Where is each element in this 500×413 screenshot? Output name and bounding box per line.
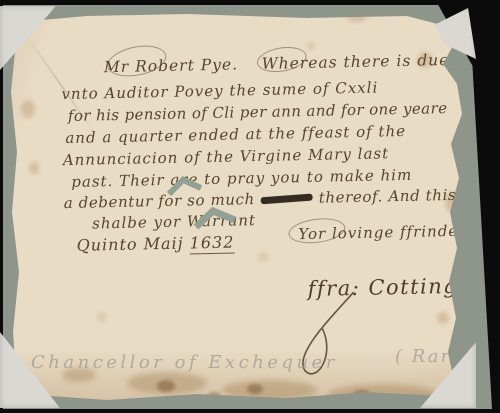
retouch-mark: [193, 206, 239, 232]
valediction-line: Yor lovinge ffrinde: [298, 222, 458, 243]
manuscript-line: for his pension of Cli per ann and for o…: [68, 99, 448, 125]
manuscript-line: Annunciacion of the Virgine Mary last: [63, 144, 390, 169]
manuscript-text: and a quarter ended at the ffeast of the: [65, 122, 406, 147]
handwriting-block: Mr Robert Pye. Whereas there is due vnto…: [6, 4, 472, 404]
manuscript-paper: Mr Robert Pye. Whereas there is due vnto…: [7, 12, 465, 402]
photo-frame: Mr Robert Pye. Whereas there is due vnto…: [0, 0, 500, 413]
manuscript-text: thereof. And this: [319, 186, 457, 207]
manuscript-text: for his pension of Cli per ann and for o…: [68, 99, 448, 125]
retouch-mark: [167, 176, 205, 198]
manuscript-text: Annunciacion of the Virgine Mary last: [63, 144, 390, 169]
manuscript-text: vnto Auditor Povey the sume of Cxxli: [61, 78, 378, 103]
date-line: Quinto Maij 1632: [76, 233, 234, 255]
manuscript-line: and a quarter ended at the ffeast of the: [65, 122, 406, 147]
manuscript-line: vnto Auditor Povey the sume of Cxxli: [61, 78, 378, 103]
pencil-annotation: Chancellor of Exchequer: [31, 352, 338, 373]
date-prefix: Quinto Maij: [76, 233, 189, 254]
date-year: 1632: [189, 233, 234, 255]
ink-strikethrough-blot: [261, 193, 313, 204]
